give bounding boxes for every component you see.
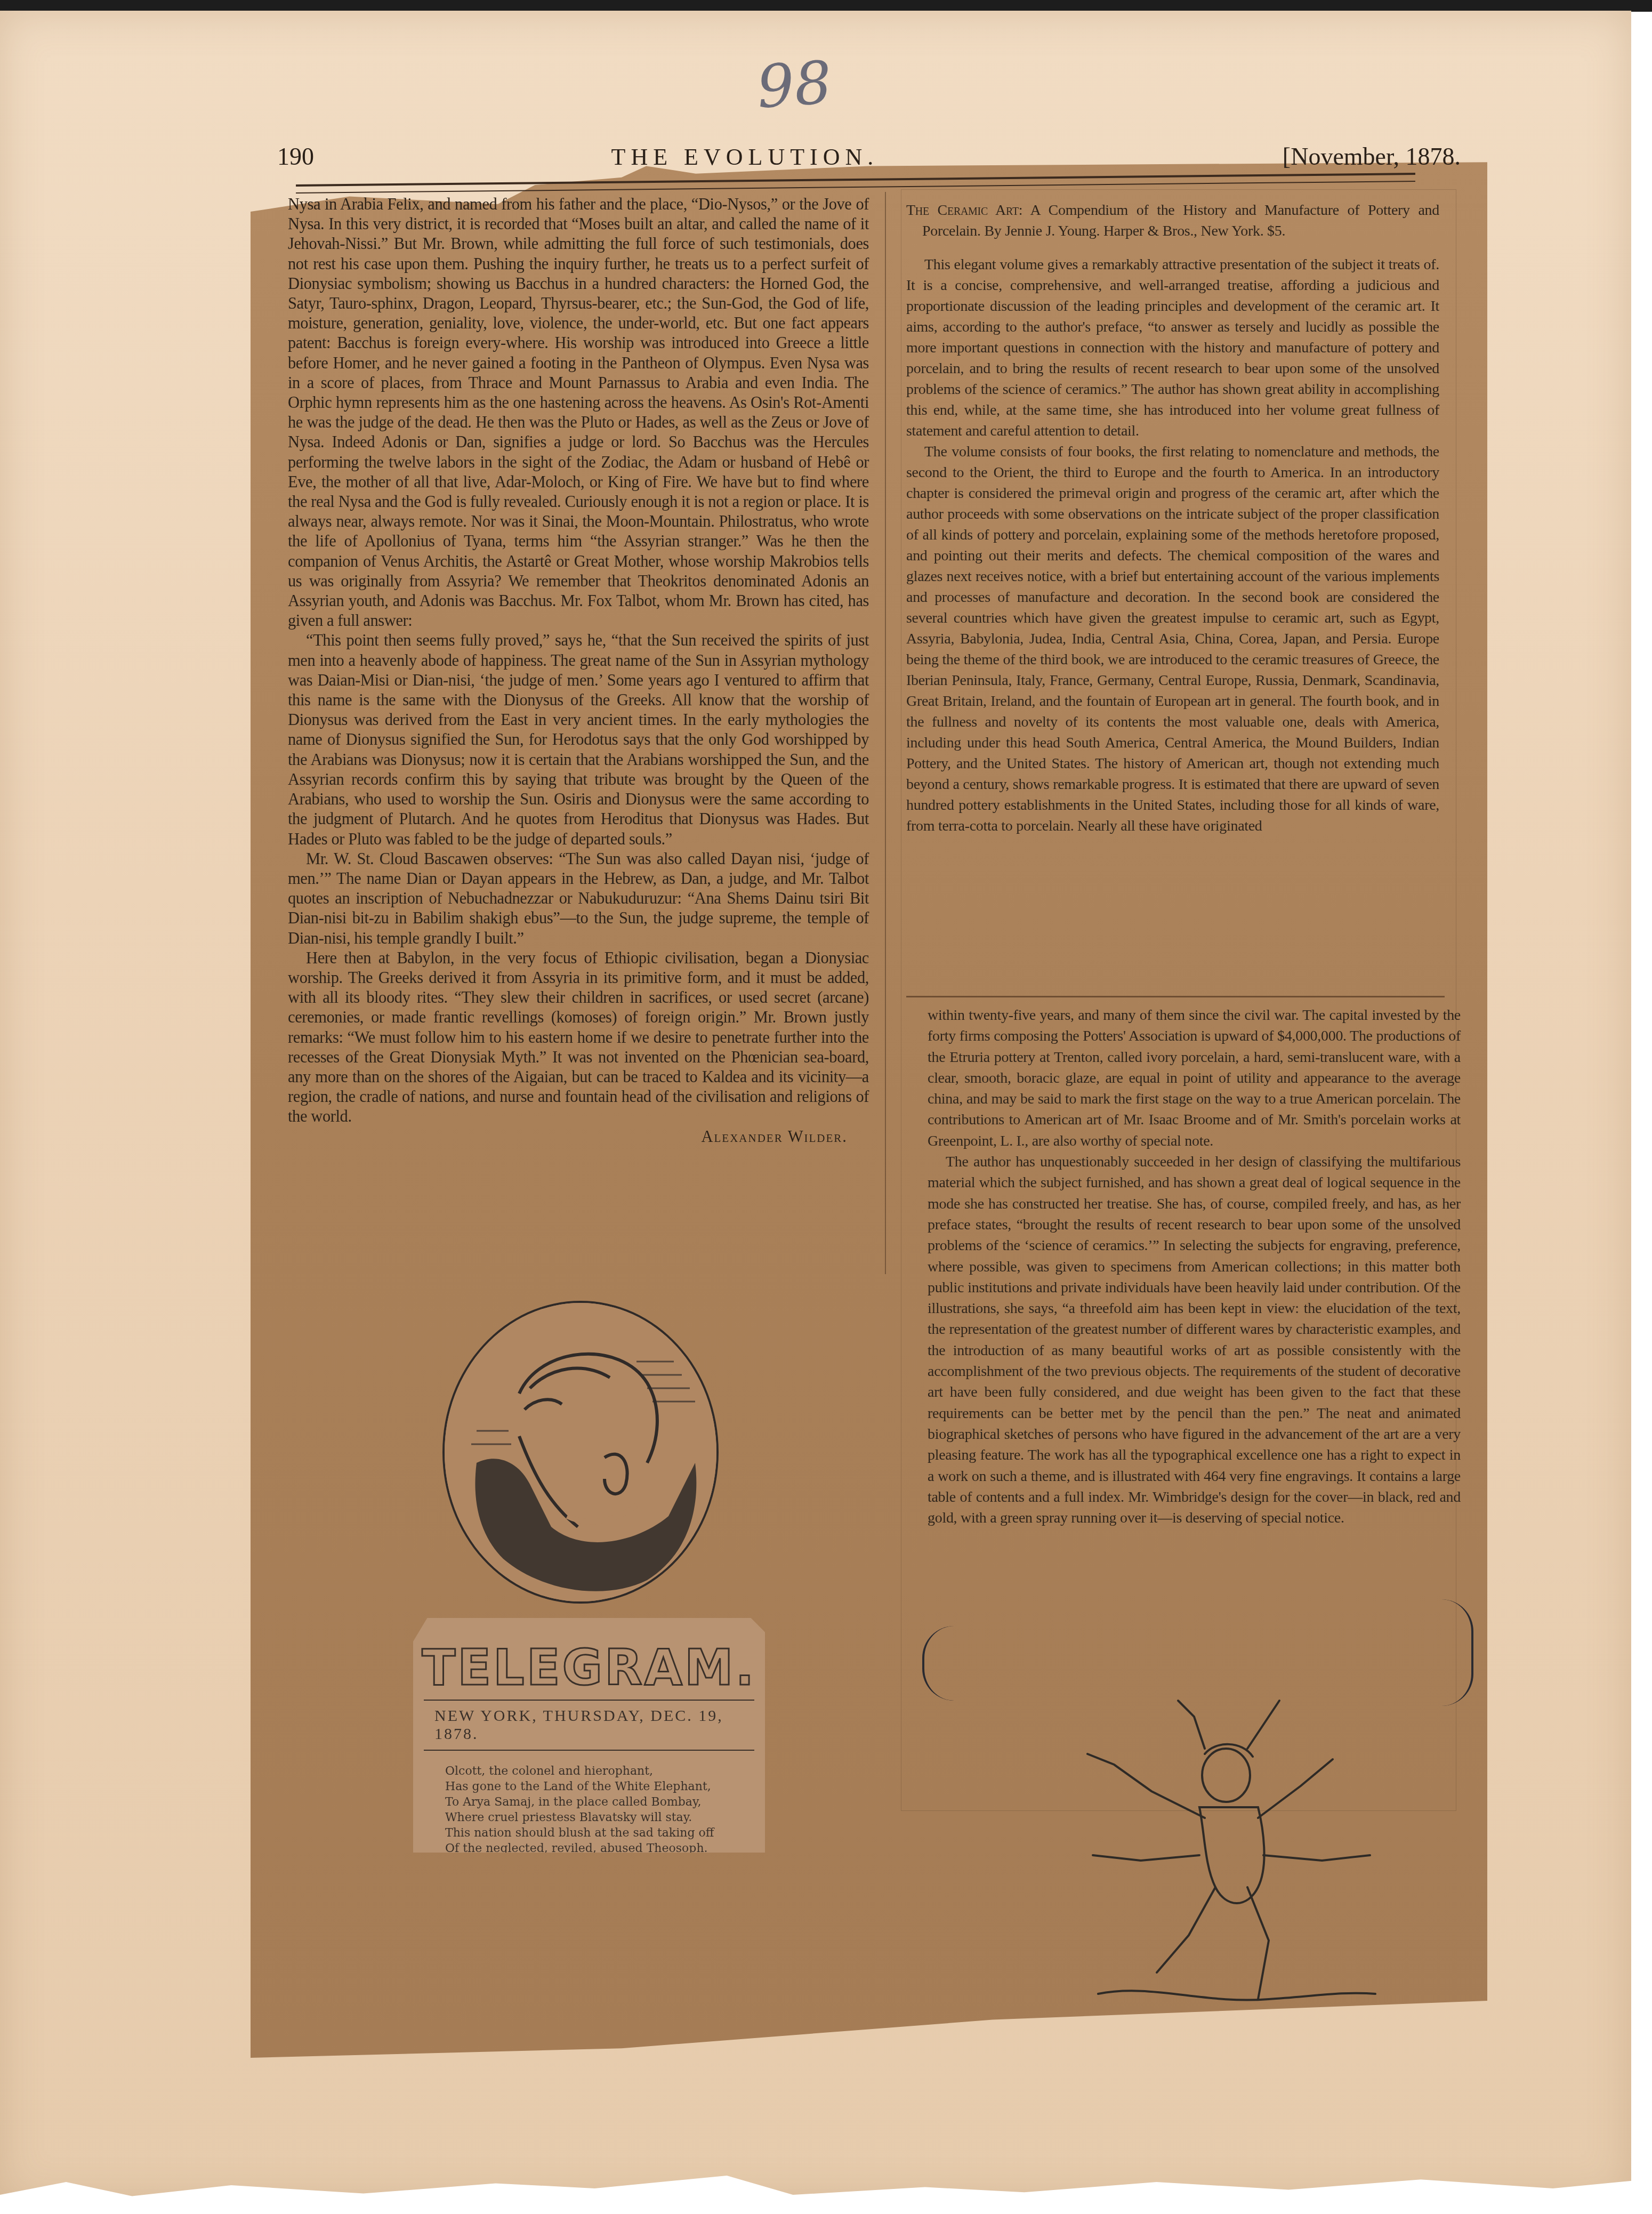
masthead: 190 THE EVOLUTION. [November, 1878.	[277, 123, 1461, 171]
issue-date: [November, 1878.	[1283, 142, 1461, 171]
scan-edge	[0, 0, 1652, 12]
bearded-man-caricature-icon	[445, 1303, 716, 1601]
review-paragraph: This elegant volume gives a remarkably a…	[906, 254, 1439, 441]
article-paragraph: Nysa in Arabia Felix, and named from his…	[288, 195, 869, 631]
book-review-top: The Ceramic Art: A Compendium of the His…	[906, 200, 1439, 836]
article-paragraph: Mr. W. St. Cloud Bascawen observes: “The…	[288, 849, 869, 948]
telegram-dateline: NEW YORK, THURSDAY, DEC. 19, 1878.	[413, 1704, 765, 1746]
handwritten-page-number: 98	[755, 48, 834, 121]
review-heading: The Ceramic Art: A Compendium of the His…	[906, 200, 1439, 241]
article-paragraph: “This point then seems fully proved,” sa…	[288, 631, 869, 849]
telegram-masthead: TELEGRAM.	[413, 1639, 765, 1696]
ink-bracket-right	[1439, 1599, 1473, 1706]
clipping-seam	[906, 996, 1445, 997]
poem-line: Olcott, the colonel and hierophant,	[445, 1764, 738, 1779]
author-signature: Alexander Wilder.	[288, 1127, 848, 1147]
article-paragraph: Here then at Babylon, in the very focus …	[288, 948, 869, 1127]
portrait-engraving	[442, 1301, 719, 1604]
review-book-title: The Ceramic Art:	[906, 202, 1022, 219]
printed-page-number: 190	[277, 142, 314, 171]
poem-line: Has gone to the Land of the White Elepha…	[445, 1779, 738, 1794]
dancer-engraving	[1045, 1695, 1402, 2026]
publication-title: THE EVOLUTION.	[611, 143, 879, 171]
telegram-rule	[424, 1750, 754, 1751]
telegram-rule	[424, 1700, 754, 1701]
review-paragraph: The volume consists of four books, the f…	[906, 441, 1439, 836]
dancing-figure-icon	[1045, 1695, 1402, 2026]
column-divider	[885, 192, 886, 1274]
book-review-bottom: within twenty-five years, and many of th…	[928, 1005, 1461, 1528]
poem-line: This nation should blush at the sad taki…	[445, 1825, 738, 1841]
telegram-clipping: TELEGRAM. NEW YORK, THURSDAY, DEC. 19, 1…	[413, 1618, 765, 1853]
poem-line: To Arya Samaj, in the place called Bomba…	[445, 1794, 738, 1810]
telegram-poem: Olcott, the colonel and hierophant, Has …	[413, 1754, 765, 1856]
poem-line: Where cruel priestess Blavatsky will sta…	[445, 1810, 738, 1825]
review-paragraph: within twenty-five years, and many of th…	[928, 1005, 1461, 1152]
review-paragraph: The author has unquestionably succeeded …	[928, 1152, 1461, 1528]
left-article: Nysa in Arabia Felix, and named from his…	[288, 195, 869, 1271]
